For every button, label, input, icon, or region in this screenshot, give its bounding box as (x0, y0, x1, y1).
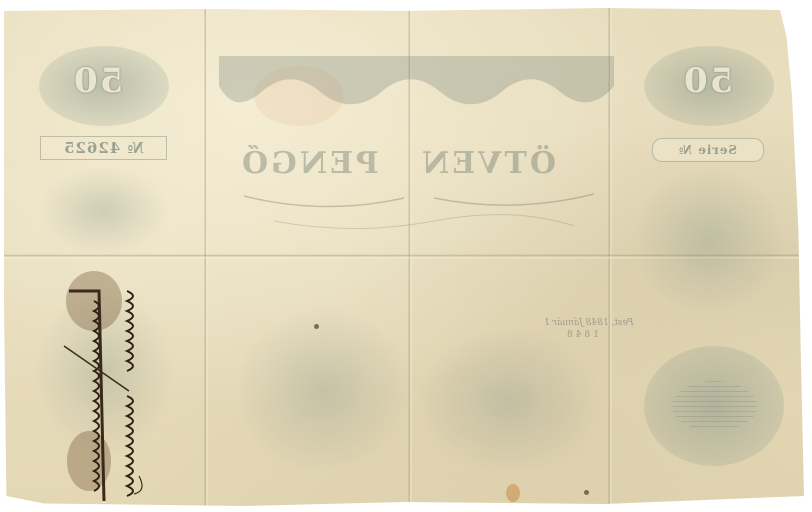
right-portrait-ghost (634, 166, 784, 316)
reddish-discoloration (254, 66, 344, 126)
right-series-label: Serie № (678, 143, 737, 157)
right-medallion-text-lines (672, 381, 757, 431)
year-text: 1848 (564, 330, 599, 340)
right-denomination: 50 (682, 61, 733, 101)
title-right-fragment: ÖTVEN (419, 146, 556, 181)
center-right-figure-ghost (414, 326, 604, 476)
right-series-box: Serie № (652, 138, 764, 162)
banknote: 50 № 42625 50 Serie № PENGŐ ÖTVEN Pest, … (4, 6, 804, 506)
dark-spot (584, 490, 589, 495)
dark-spot-2 (314, 324, 319, 329)
left-serial-box: № 42625 (40, 136, 167, 160)
title-left-fragment: PENGŐ (239, 146, 379, 181)
date-line: Pest, 1848 Jánuár 1 (544, 318, 634, 328)
left-figure-ghost (39, 166, 169, 256)
center-left-figure-ghost (234, 306, 414, 476)
handwritten-endorsement (59, 261, 159, 506)
rust-stain (506, 484, 520, 502)
left-serial-number: № 42625 (63, 139, 144, 157)
left-denomination: 50 (72, 61, 123, 101)
title-flourish (234, 186, 604, 246)
